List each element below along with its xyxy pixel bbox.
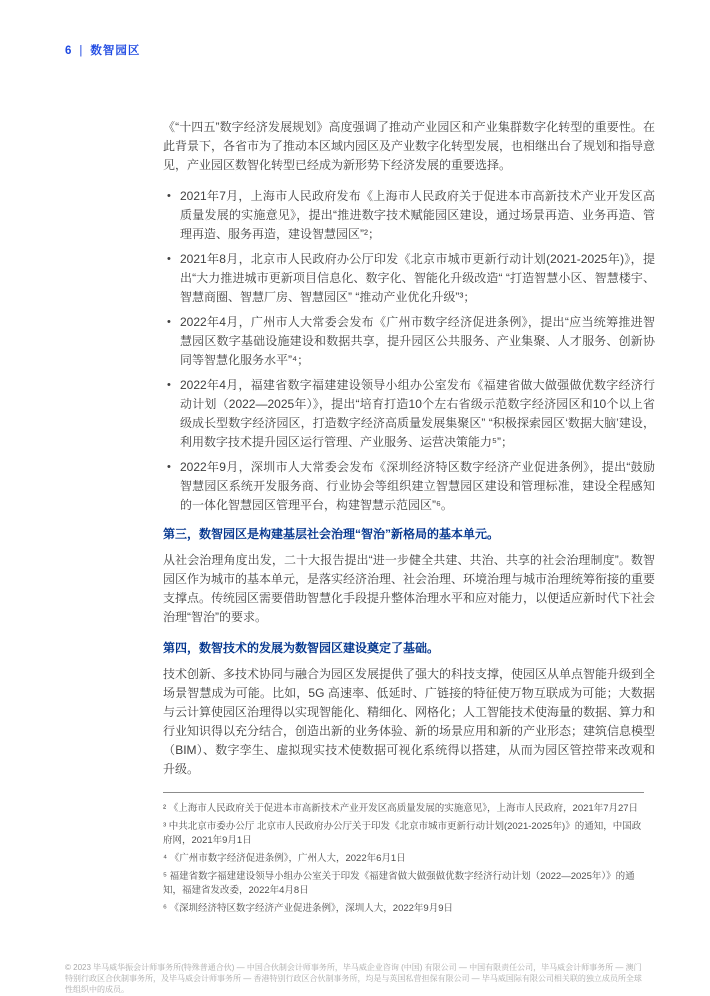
footnote-4: ⁴ 《广州市数字经济促进条例》，广州人大，2022年6月1日 xyxy=(163,852,644,866)
footnote-2: ² 《上海市人民政府关于促进本市高新技术产业开发区高质量发展的实施意见》，上海市… xyxy=(163,802,644,816)
footnotes-section: ² 《上海市人民政府关于促进本市高新技术产业开发区高质量发展的实施意见》，上海市… xyxy=(163,792,644,920)
policy-item-shenzhen: 2022年9月，深圳市人大常委会发布《深圳经济特区数字经济产业促进条例》，提出“… xyxy=(180,458,655,515)
policy-list: 2021年7月，上海市人民政府发布《上海市人民政府关于促进本市高新技术产业开发区… xyxy=(163,187,655,515)
paragraph-point-three: 从社会治理角度出发，二十大报告提出“进一步健全共建、共治、共享的社会治理制度”。… xyxy=(163,551,655,627)
heading-point-four: 第四，数智技术的发展为数智园区建设奠定了基础。 xyxy=(163,639,655,658)
header-section-title: 数智园区 xyxy=(90,42,140,58)
footnote-6: ⁶ 《深圳经济特区数字经济产业促进条例》，深圳人大，2022年9月9日 xyxy=(163,902,644,916)
page-content: 《“十四五”数字经济发展规划》高度强调了推动产业园区和产业集群数字化转型的重要性… xyxy=(163,118,655,791)
copyright-footer: © 2023 毕马威华振会计师事务所(特殊普通合伙) — 中国合伙制会计师事务所… xyxy=(65,962,649,995)
footnote-3: ³ 中共北京市委办公厅 北京市人民政府办公厅关于印发《北京市城市更新行动计划(2… xyxy=(163,820,644,848)
policy-item-fujian: 2022年4月，福建省数字福建建设领导小组办公室发布《福建省做大做强做优数字经济… xyxy=(180,376,655,452)
intro-paragraph: 《“十四五”数字经济发展规划》高度强调了推动产业园区和产业集群数字化转型的重要性… xyxy=(163,118,655,175)
policy-item-beijing: 2021年8月，北京市人民政府办公厅印发《北京市城市更新行动计划(2021-20… xyxy=(180,250,655,307)
heading-point-three: 第三，数智园区是构建基层社会治理“智治”新格局的基本单元。 xyxy=(163,525,655,544)
policy-item-guangzhou: 2022年4月，广州市人大常委会发布《广州市数字经济促进条例》，提出“应当统筹推… xyxy=(180,313,655,370)
page-header: 6 | 数智园区 xyxy=(65,42,140,58)
paragraph-point-four: 技术创新、多技术协同与融合为园区发展提供了强大的科技支撑，使园区从单点智能升级到… xyxy=(163,665,655,779)
page-number: 6 xyxy=(65,45,71,57)
footnote-5: ⁵ 福建省数字福建建设领导小组办公室关于印发《福建省做大做强做优数字经济行动计划… xyxy=(163,870,644,898)
policy-item-shanghai: 2021年7月，上海市人民政府发布《上海市人民政府关于促进本市高新技术产业开发区… xyxy=(180,187,655,244)
report-page: 6 | 数智园区 《“十四五”数字经济发展规划》高度强调了推动产业园区和产业集群… xyxy=(0,0,710,996)
header-separator: | xyxy=(79,45,82,57)
